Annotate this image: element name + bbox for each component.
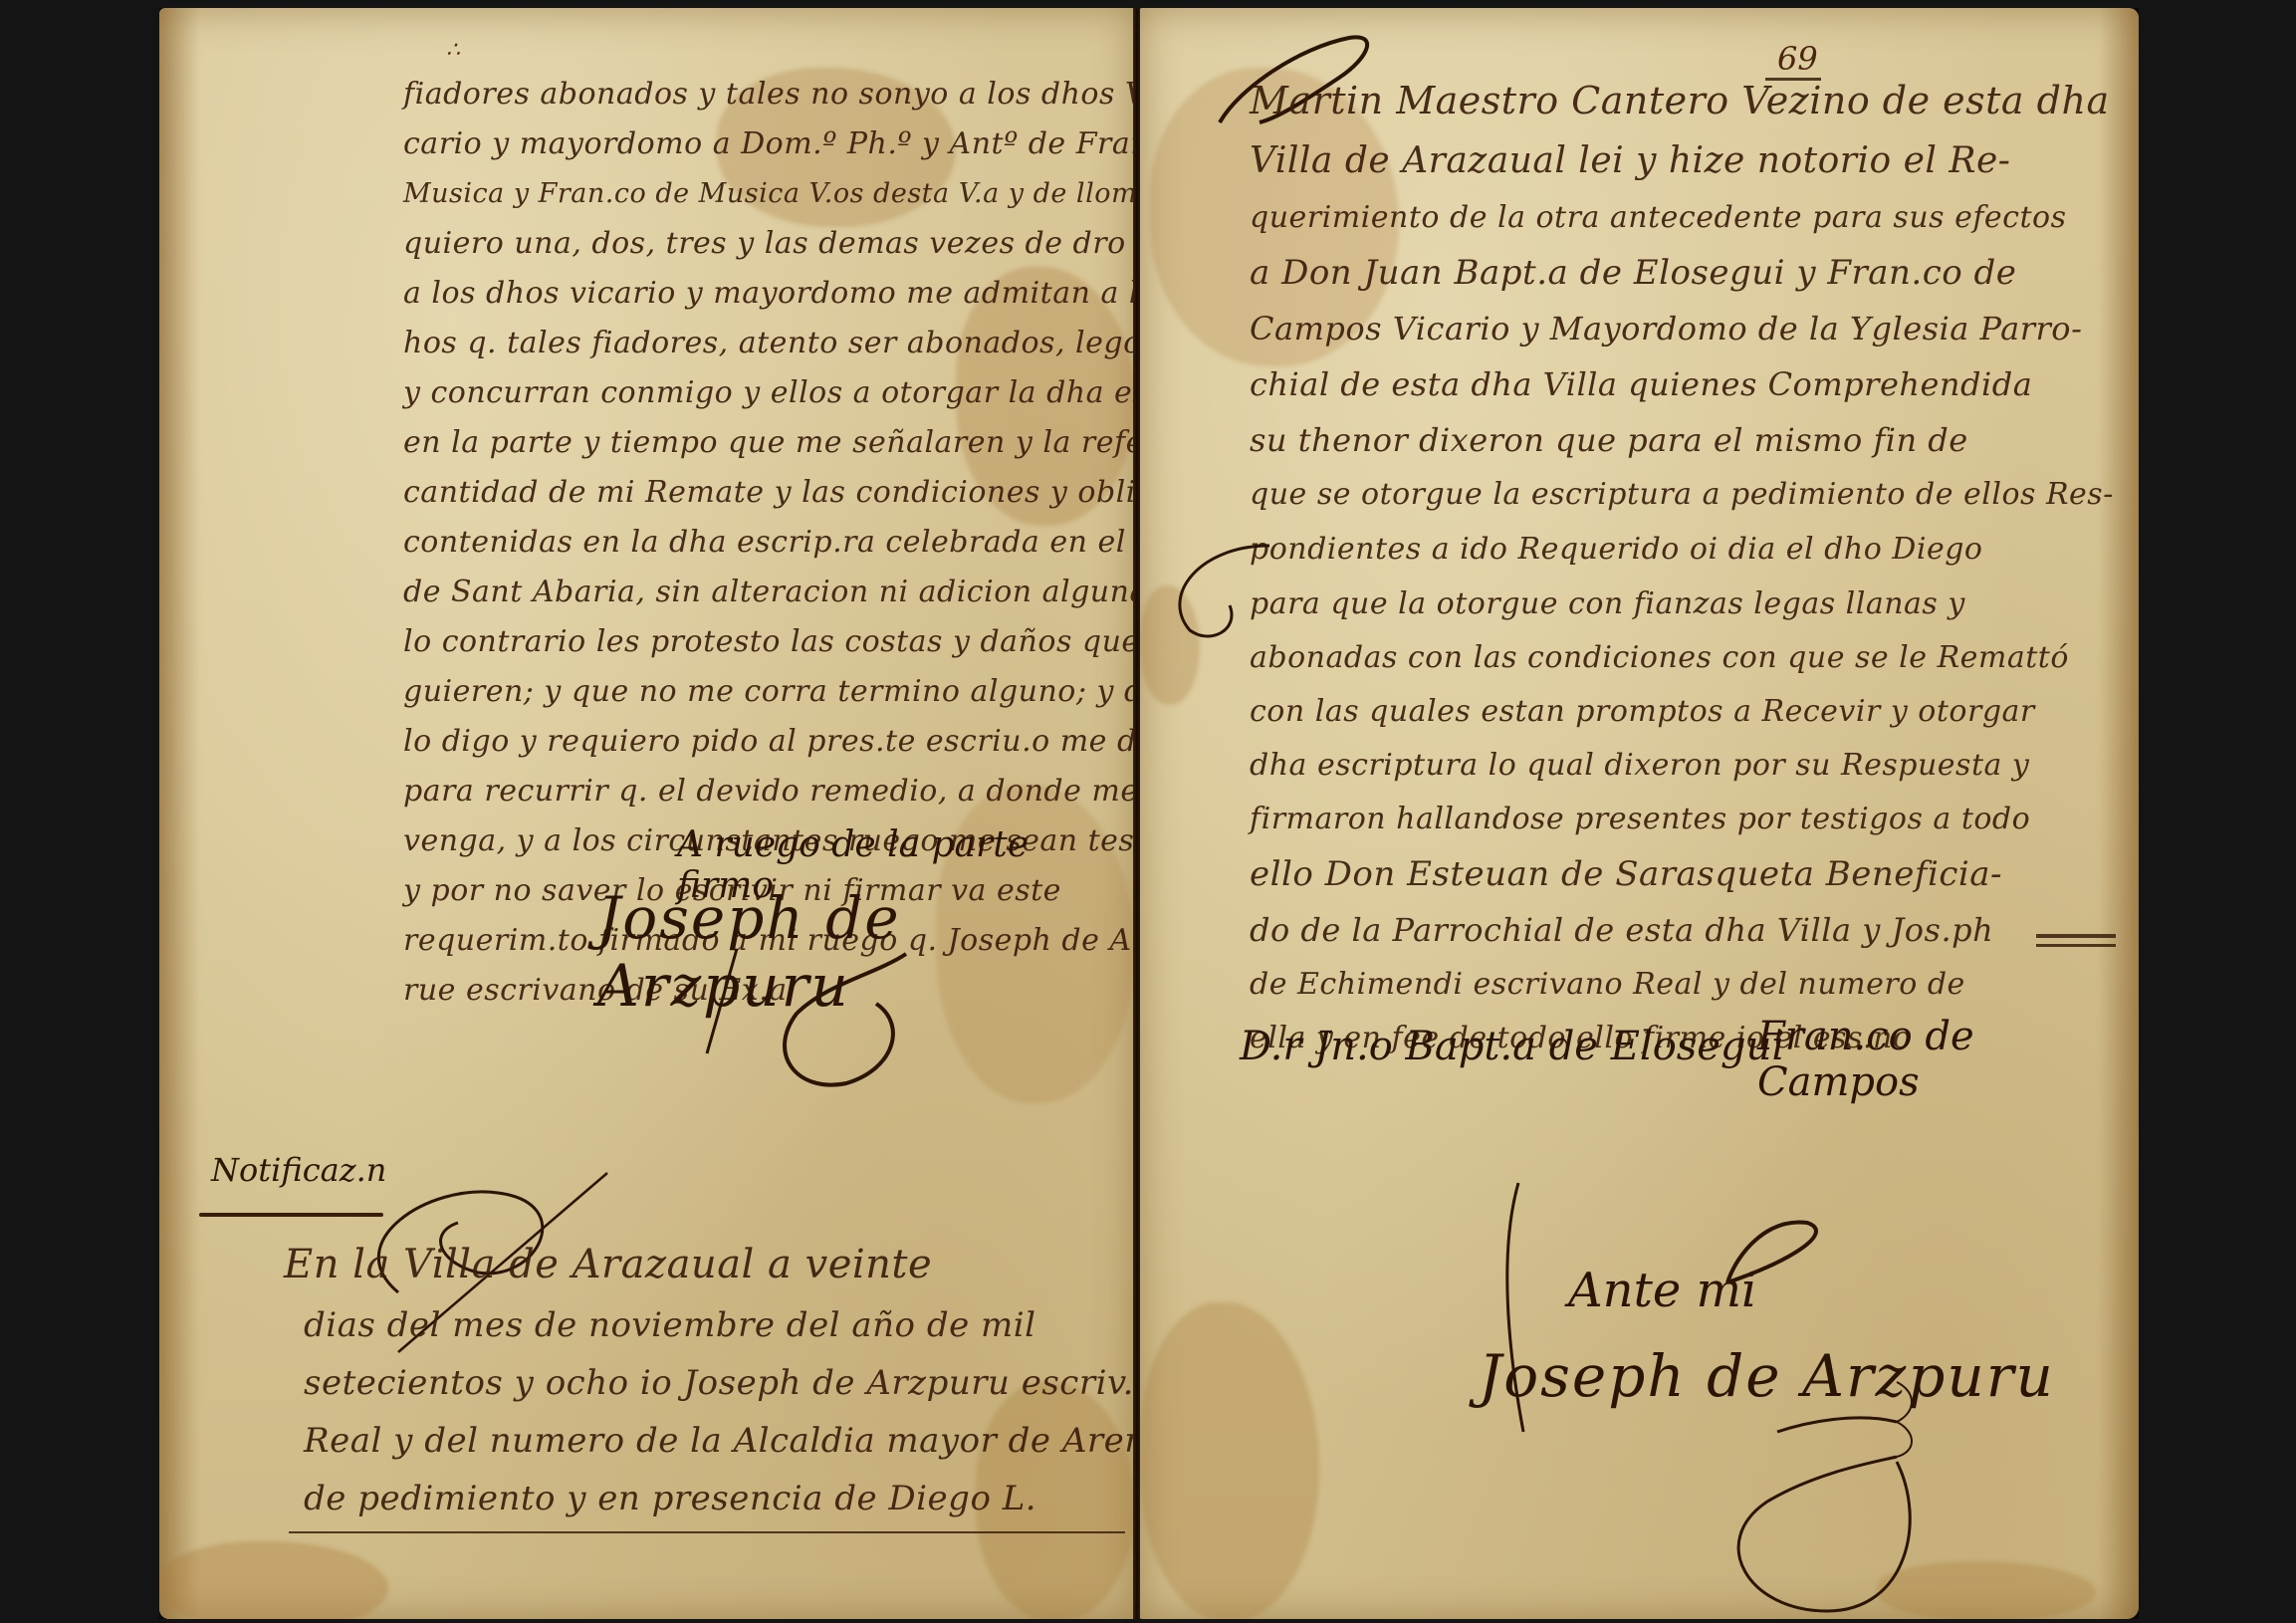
text-line: guieren; y que no me corra termino algun… bbox=[403, 667, 1135, 717]
right-page: 69 Martin Maestro Cantero Vezino de esta… bbox=[1140, 8, 2139, 1619]
signature-flourish-icon bbox=[677, 944, 936, 1103]
text-line: para que la otorgue con fianzas legas ll… bbox=[1250, 578, 2114, 631]
text-line: dha escriptura lo qual dixeron por su Re… bbox=[1250, 739, 2114, 793]
signature-campos: Fran.co de Campos bbox=[1757, 1014, 2139, 1105]
text-line: para recurrir q. el devido remedio, a do… bbox=[403, 767, 1135, 816]
text-line: hos q. tales fiadores, atento ser abonad… bbox=[403, 319, 1135, 368]
text-line: que se otorgue la escriptura a pedimient… bbox=[1250, 468, 2114, 522]
text-line: su thenor dixeron que para el mismo fin … bbox=[1250, 412, 2114, 468]
text-line: a Don Juan Bapt.a de Elosegui y Fran.co … bbox=[1250, 245, 2114, 301]
text-line: chial de esta dha Villa quienes Comprehe… bbox=[1250, 356, 2114, 412]
text-line: abonadas con las condiciones con que se … bbox=[1250, 631, 2114, 685]
left-page-edge-stain bbox=[159, 8, 199, 1619]
text-line: do de la Parrochial de esta dha Villa y … bbox=[1250, 902, 2114, 958]
text-line: firmaron hallandose presentes por testig… bbox=[1250, 793, 2114, 846]
text-line: Musica y Fran.co de Musica V.os desta V.… bbox=[403, 169, 1135, 219]
text-line: Villa de Arazaual lei y hize notorio el … bbox=[1250, 131, 2114, 191]
notary-rubric-icon bbox=[1479, 1173, 2036, 1619]
text-line: contenidas en la dha escrip.ra celebrada… bbox=[403, 518, 1135, 568]
text-line: En la Villa de Arazaual a veinte bbox=[284, 1233, 1135, 1296]
text-line: Real y del numero de la Alcaldia mayor d… bbox=[284, 1412, 1135, 1470]
text-line: dias del mes de noviembre del año de mil bbox=[284, 1296, 1135, 1354]
text-line: querimiento de la otra antecedente para … bbox=[1250, 191, 2114, 245]
text-line: de Sant Abaria, sin alteracion ni adicio… bbox=[403, 568, 1135, 617]
left-page: ∴ fiadores abonados y tales no sonyo a l… bbox=[159, 8, 1135, 1619]
text-line: de pedimiento y en presencia de Diego L. bbox=[284, 1470, 1135, 1527]
signature-elosegui: D.r Jn.o Bapt.a de Elosegui bbox=[1240, 1024, 1784, 1069]
text-line: en la parte y tiempo que me señalaren y … bbox=[403, 418, 1135, 468]
text-line: pondientes a ido Requerido oi dia el dho… bbox=[1250, 522, 2114, 578]
text-line: cantidad de mi Remate y las condiciones … bbox=[403, 468, 1135, 518]
text-line: lo contrario les protesto las costas y d… bbox=[403, 617, 1135, 667]
text-line: Martin Maestro Cantero Vezino de esta dh… bbox=[1250, 70, 2114, 131]
left-page-lower-text: En la Villa de Arazaual a veinte dias de… bbox=[284, 1233, 1135, 1527]
manuscript-spread: ∴ fiadores abonados y tales no sonyo a l… bbox=[159, 8, 2139, 1619]
line-end-dash bbox=[2036, 944, 2116, 947]
line-end-dash bbox=[2036, 934, 2116, 938]
text-line: quiero una, dos, tres y las demas vezes … bbox=[403, 219, 1135, 269]
text-line: Campos Vicario y Mayordomo de la Yglesia… bbox=[1250, 301, 2114, 356]
water-stain bbox=[1140, 1302, 1319, 1619]
text-line: cario y mayordomo a Dom.º Ph.º y Antº de… bbox=[403, 119, 1135, 169]
text-line: de Echimendi escrivano Real y del numero… bbox=[1250, 958, 2114, 1012]
text-line: lo digo y requiero pido al pres.te escri… bbox=[403, 717, 1135, 767]
text-line: setecientos y ocho io Joseph de Arzpuru … bbox=[284, 1354, 1135, 1412]
water-stain bbox=[159, 1541, 388, 1619]
text-line: fiadores abonados y tales no sonyo a los… bbox=[403, 70, 1135, 119]
top-mark: ∴ bbox=[446, 38, 460, 63]
text-line: ello Don Esteuan de Sarasqueta Beneficia… bbox=[1250, 846, 2114, 902]
closing-rule bbox=[289, 1531, 1125, 1533]
margin-flourish-icon bbox=[1160, 536, 1279, 645]
text-line: a los dhos vicario y mayordomo me admita… bbox=[403, 269, 1135, 319]
right-page-main-text: Martin Maestro Cantero Vezino de esta dh… bbox=[1250, 70, 2114, 1065]
text-line: y concurran conmigo y ellos a otorgar la… bbox=[403, 368, 1135, 418]
text-line: con las quales estan promptos a Recevir … bbox=[1250, 685, 2114, 739]
